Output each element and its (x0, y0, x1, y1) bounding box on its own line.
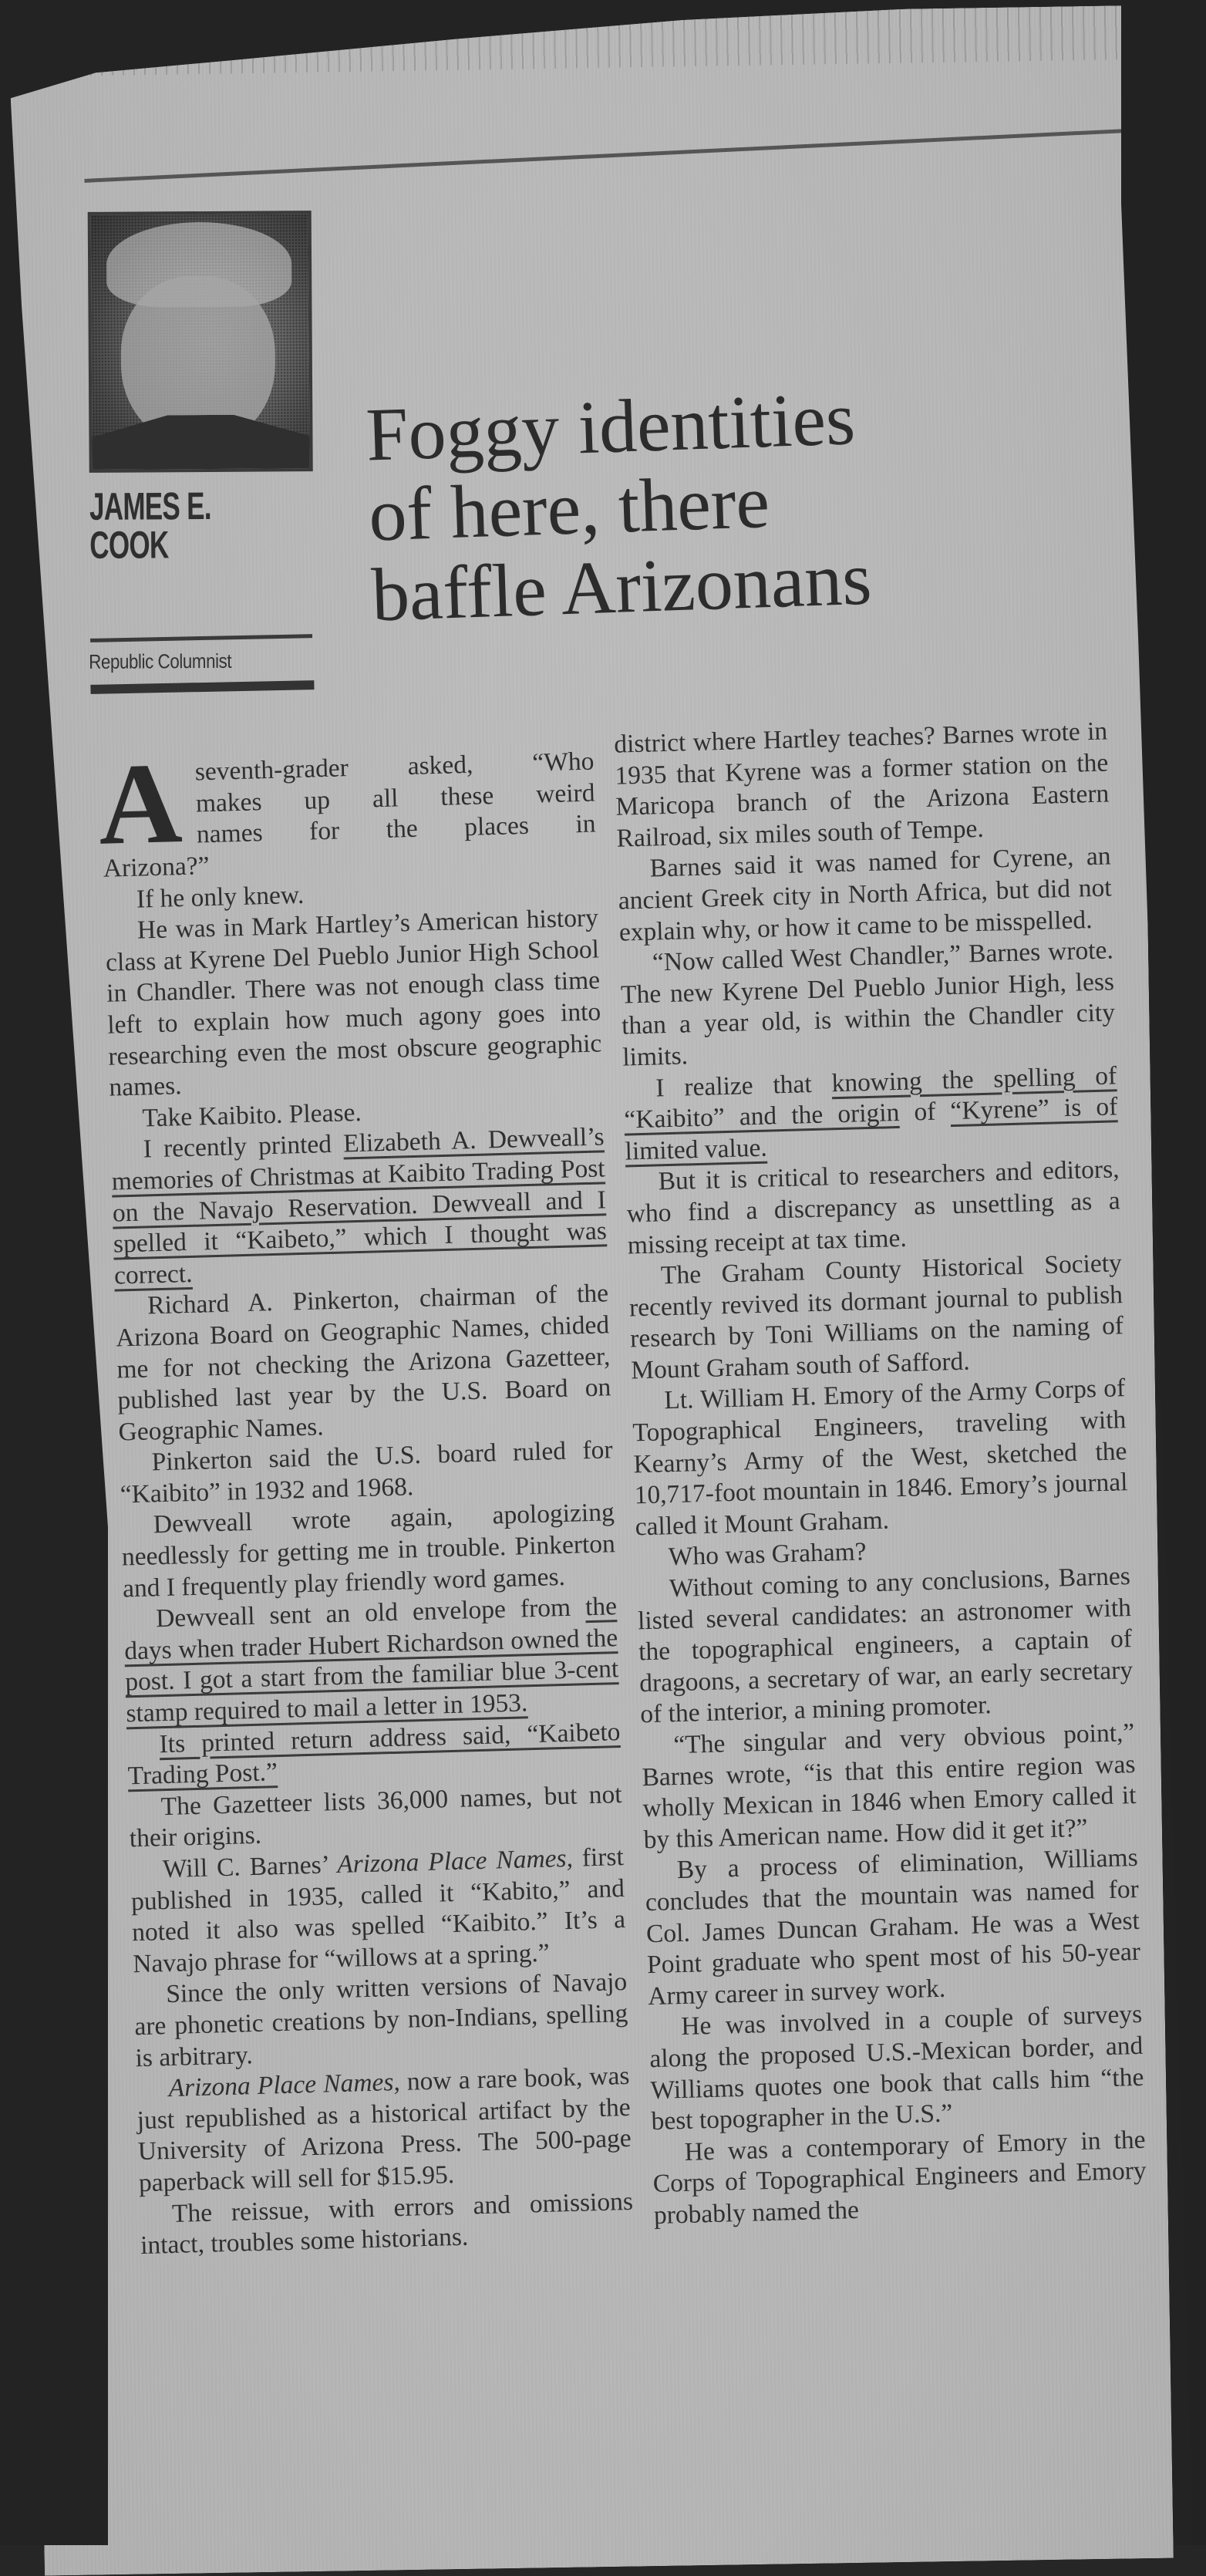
paragraph: Barnes said it was named for Cyrene, an … (617, 841, 1113, 949)
article-column-right: district where Hartley teaches? Barnes w… (614, 716, 1147, 2231)
article-column-left: A seventh-grader asked, “Who makes up al… (100, 747, 634, 2262)
paragraph: “The singular and very obvious point,” B… (641, 1718, 1137, 1856)
paragraph: The reissue, with errors and omissions i… (140, 2186, 635, 2261)
pen-underlined-text: Its printed return address said, “Kaibet… (127, 1718, 621, 1791)
paragraph: The Graham County Historical Society rec… (628, 1248, 1124, 1387)
paragraph: Richard A. Pinkerton, chairman of the Ar… (115, 1279, 612, 1448)
paragraph: But it is critical to researchers and ed… (625, 1155, 1121, 1262)
paragraph: He was involved in a couple of surveys a… (648, 1999, 1145, 2138)
byline-rule-top (90, 634, 312, 642)
paragraph-underlined: Dewveall sent an old envelope from the d… (123, 1591, 620, 1730)
book-title: Arizona Place Names, (337, 1844, 574, 1879)
headline: Foggy identities of here, there baffle A… (365, 376, 958, 636)
headline-line-3: baffle Arizonans (370, 536, 958, 636)
paragraph: Without coming to any conclusions, Barne… (636, 1561, 1134, 1731)
paragraph: By a process of elimination, Williams co… (644, 1843, 1141, 2012)
paragraph: He was in Mark Hartley’s American histor… (105, 903, 603, 1104)
author-byline: JAMES E. COOK (89, 487, 211, 565)
text: Will C. Barnes’ (162, 1850, 337, 1883)
paragraph: Will C. Barnes’ Arizona Place Names, fir… (130, 1842, 626, 1981)
paragraph-underlined: I realize that knowing the spelling of “… (623, 1060, 1119, 1168)
paragraph: Dewveall wrote again, apologizing needle… (120, 1498, 616, 1605)
author-name-line2: COOK (89, 525, 211, 565)
portrait-suit (92, 414, 309, 470)
paragraph: Lt. William H. Emory of the Army Corps o… (632, 1374, 1129, 1543)
byline-rule-bottom (90, 680, 314, 694)
text: of (899, 1097, 951, 1127)
author-name-line1: JAMES E. (89, 487, 211, 526)
lead-paragraph: A seventh-grader asked, “Who makes up al… (100, 747, 597, 885)
paragraph: Arizona Place Names, now a rare book, wa… (136, 2061, 632, 2200)
text: I realize that (655, 1069, 832, 1102)
author-portrait-photo (88, 211, 313, 473)
paragraph: “Now called West Chandler,” Barnes wrote… (619, 936, 1116, 1074)
author-role: Republic Columnist (89, 649, 231, 674)
text: I recently printed (143, 1130, 344, 1164)
paragraph: He was a contemporary of Emory in the Co… (652, 2125, 1147, 2232)
paragraph-underlined: I recently printed Elizabeth A. Dewveall… (110, 1122, 608, 1292)
book-title: Arizona Place Names, (168, 2068, 400, 2102)
drop-cap: A (97, 757, 184, 854)
article: JAMES E. COOK Republic Columnist Foggy i… (77, 0, 1157, 2545)
paragraph: district where Hartley teaches? Barnes w… (614, 716, 1110, 855)
paragraph: Since the only written versions of Navaj… (133, 1967, 629, 2074)
section-divider-rule (84, 128, 1147, 183)
